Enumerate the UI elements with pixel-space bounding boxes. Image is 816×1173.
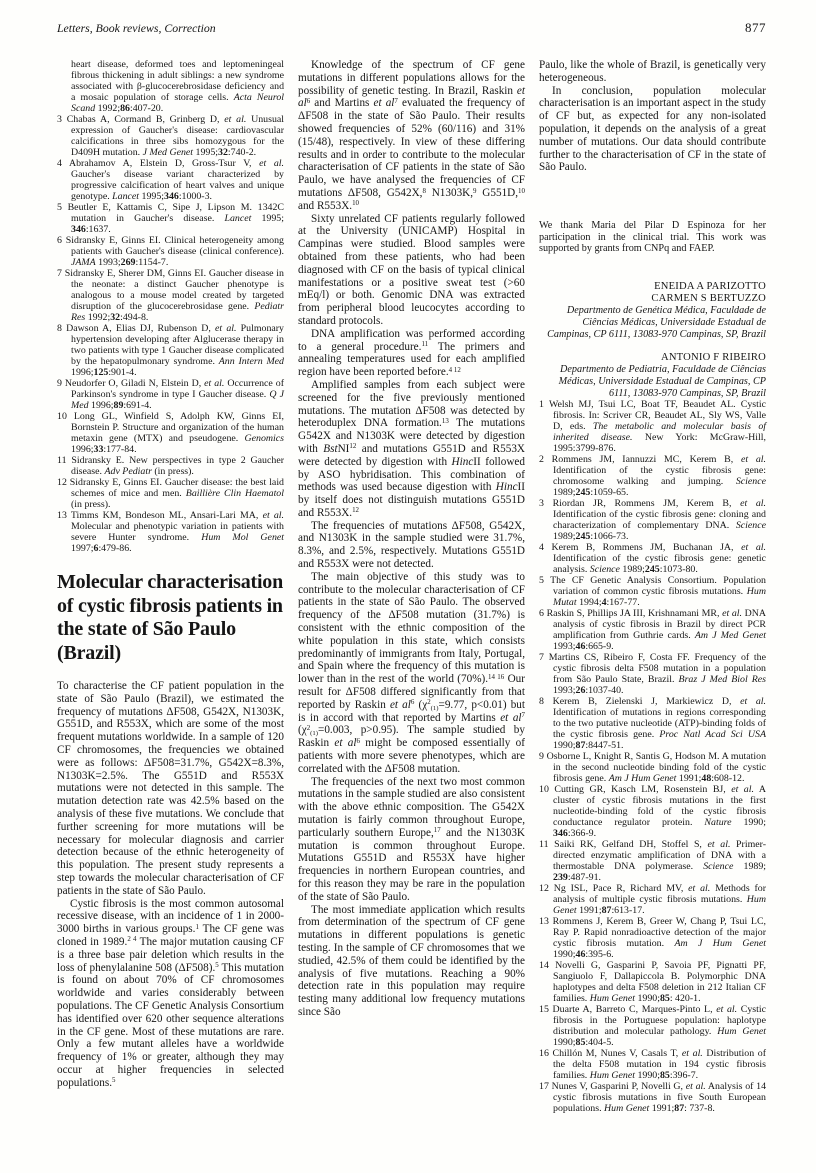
author-group: ANTONIO F RIBEIRO Departmento de Pediatr…	[539, 352, 766, 399]
reference-number: 16	[539, 1048, 549, 1059]
reference-number: 13	[57, 510, 67, 521]
reference-item: 11 Sidransky E. New perspectives in type…	[57, 455, 284, 477]
reference-text: Osborne L, Knight R, Santis G, Hodson M.…	[547, 751, 766, 784]
abstract: To characterise the CF patient populatio…	[57, 680, 284, 898]
reference-item: 11 Saiki RK, Gelfand DH, Stoffel S, et a…	[539, 839, 766, 883]
reference-number: 10	[57, 411, 67, 422]
paragraph: Knowledge of the spectrum of CF gene mut…	[298, 59, 525, 213]
reference-number: 2	[539, 454, 544, 465]
reference-item: 7 Sidransky E, Sherer DM, Ginns EI. Gauc…	[57, 268, 284, 323]
reference-text: Kerem B, Rommens JM, Buchanan JA, et al.…	[552, 542, 766, 575]
reference-item: 7 Martins CS, Ribeiro F, Costa FF. Frequ…	[539, 652, 766, 696]
reference-number: 13	[539, 916, 549, 927]
reference-number: 7	[539, 652, 544, 663]
reference-item: 5 Beutler E, Kattamis C, Sipe J, Lipson …	[57, 202, 284, 235]
reference-item: 6 Sidransky E, Ginns EI. Clinical hetero…	[57, 235, 284, 268]
paragraph: Amplified samples from each subject were…	[298, 379, 525, 520]
reference-item: 1 Welsh MJ, Tsui LC, Boat TF, Beaudet AL…	[539, 399, 766, 454]
paragraph: The frequencies of the next two most com…	[298, 776, 525, 904]
reference-item: 6 Raskin S, Phillips JA III, Krishnamani…	[539, 608, 766, 652]
three-column-layout: heart disease, deformed toes and leptome…	[57, 59, 766, 1114]
reference-number: 3	[539, 498, 544, 509]
reference-number: 11	[539, 839, 549, 850]
reference-item: 8 Dawson A, Elias DJ, Rubenson D, et al.…	[57, 323, 284, 378]
reference-number: 12	[539, 883, 549, 894]
reference-item: 15 Duarte A, Barreto C, Marques-Pinto L,…	[539, 1004, 766, 1048]
reference-item: 12 Ng ISL, Pace R, Richard MV, et al. Me…	[539, 883, 766, 916]
letter-body-left: Cystic fibrosis is the most common autos…	[57, 898, 284, 1090]
paragraph: Cystic fibrosis is the most common autos…	[57, 898, 284, 1090]
reference-number: 11	[57, 455, 67, 466]
reference-text: Sidransky E, Ginns EI. Clinical heteroge…	[66, 235, 284, 268]
author-groups: ENEIDA A PARIZOTTO CARMEN S BERTUZZO Dep…	[539, 281, 766, 399]
reference-text: Welsh MJ, Tsui LC, Boat TF, Beaudet AL. …	[549, 399, 766, 454]
reference-list-left: 3 Chabas A, Cormand B, Grinberg D, et al…	[57, 114, 284, 554]
journal-page: Letters, Book reviews, Correction 877 he…	[0, 0, 816, 1173]
author-affiliation: Departmento de Genética Médica, Faculdad…	[539, 305, 766, 340]
acknowledgement: We thank Maria del Pilar D Espinoza for …	[539, 220, 766, 255]
reference-number: 9	[539, 751, 544, 762]
reference-item: 9 Osborne L, Knight R, Santis G, Hodson …	[539, 751, 766, 784]
reference-text: Sidransky E, Ginns EI. Gaucher disease: …	[70, 477, 284, 510]
reference-text: Chabas A, Cormand B, Grinberg D, et al. …	[67, 114, 284, 158]
page-number: 877	[745, 20, 766, 36]
reference-number: 1	[539, 399, 544, 410]
reference-item: 10 Long GL, Winfield S, Adolph KW, Ginns…	[57, 411, 284, 455]
column-left: heart disease, deformed toes and leptome…	[57, 59, 284, 1114]
reference-text: Neudorfer O, Giladi N, Elstein D, et al.…	[65, 378, 284, 411]
reference-number: 15	[539, 1004, 549, 1015]
reference-number: 10	[539, 784, 549, 795]
reference-text: Duarte A, Barreto C, Marques-Pinto L, et…	[553, 1004, 766, 1048]
paragraph: DNA amplification was performed accordin…	[298, 328, 525, 379]
author-names: ANTONIO F RIBEIRO	[539, 352, 766, 364]
reference-number: 7	[57, 268, 62, 279]
reference-item: 17 Nunes V, Gasparini P, Novelli G, et a…	[539, 1081, 766, 1114]
reference-text: Sidransky E, Sherer DM, Ginns EI. Gauche…	[65, 268, 284, 323]
reference-item: 4 Kerem B, Rommens JM, Buchanan JA, et a…	[539, 542, 766, 575]
reference-number: 6	[57, 235, 62, 246]
reference-number: 6	[539, 608, 544, 619]
reference-number: 17	[539, 1081, 549, 1092]
paragraph: Sixty unrelated CF patients regularly fo…	[298, 213, 525, 328]
reference-number: 8	[57, 323, 62, 334]
reference-item: 8 Kerem B, Zielenski J, Markiewicz D, et…	[539, 696, 766, 751]
paragraph: The frequencies of mutations ΔF508, G542…	[298, 520, 525, 571]
reference-number: 3	[57, 114, 62, 125]
reference-number: 4	[539, 542, 544, 553]
reference-item: 4 Abrahamov A, Elstein D, Gross-Tsur V, …	[57, 158, 284, 202]
reference-item: 9 Neudorfer O, Giladi N, Elstein D, et a…	[57, 378, 284, 411]
reference-list-right: 1 Welsh MJ, Tsui LC, Boat TF, Beaudet AL…	[539, 399, 766, 1114]
reference-text: Abrahamov A, Elstein D, Gross-Tsur V, et…	[69, 158, 284, 202]
reference-text: Riordan JR, Rommens JM, Kerem B, et al. …	[553, 498, 766, 542]
reference-number: 5	[539, 575, 544, 586]
reference-item: 13 Rommens J, Kerem B, Greer W, Chang P,…	[539, 916, 766, 960]
reference-text: The CF Genetic Analysis Consortium. Popu…	[550, 575, 766, 608]
author-affiliation: Departmento de Pediatria, Faculdade de C…	[539, 364, 766, 399]
reference-number: 5	[57, 202, 62, 213]
column-middle: Knowledge of the spectrum of CF gene mut…	[298, 59, 525, 1114]
reference-text: Dawson A, Elias DJ, Rubenson D, et al. P…	[66, 323, 284, 378]
reference-number: 4	[57, 158, 62, 169]
letter-title: Molecular characterisation of cystic fib…	[57, 571, 284, 665]
reference-item: 2 Rommens JM, Iannuzzi MC, Kerem B, et a…	[539, 454, 766, 498]
reference-text: Long GL, Winfield S, Adolph KW, Ginns EI…	[71, 411, 284, 455]
reference-number: 9	[57, 378, 62, 389]
reference-text: Beutler E, Kattamis C, Sipe J, Lipson M.…	[68, 202, 284, 235]
reference-text: Rommens JM, Iannuzzi MC, Kerem B, et al.…	[552, 454, 766, 498]
letter-body-middle: Knowledge of the spectrum of CF gene mut…	[298, 59, 525, 1019]
reference-item: 3 Chabas A, Cormand B, Grinberg D, et al…	[57, 114, 284, 158]
reference-text: Martins CS, Ribeiro F, Costa FF. Frequen…	[549, 652, 766, 696]
reference-number: 12	[57, 477, 67, 488]
reference-item: 5 The CF Genetic Analysis Consortium. Po…	[539, 575, 766, 608]
reference-text: Sidransky E. New perspectives in type 2 …	[71, 455, 284, 477]
letter-body-right: In conclusion, population molecular char…	[539, 85, 766, 175]
reference-continuation: heart disease, deformed toes and leptome…	[57, 59, 284, 114]
reference-text: Novelli G, Gasparini P, Savoia PF, Pigna…	[553, 960, 766, 1004]
page-header: Letters, Book reviews, Correction 877	[57, 20, 766, 36]
reference-item: 10 Cutting GR, Kasch LM, Rosenstein BJ, …	[539, 784, 766, 839]
reference-item: 14 Novelli G, Gasparini P, Savoia PF, Pi…	[539, 960, 766, 1004]
running-head: Letters, Book reviews, Correction	[57, 21, 216, 36]
reference-text: Timms KM, Bondeson ML, Ansari-Lari MA, e…	[71, 510, 284, 554]
reference-item: 12 Sidransky E, Ginns EI. Gaucher diseas…	[57, 477, 284, 510]
paragraph: The main objective of this study was to …	[298, 571, 525, 776]
reference-text: Cutting GR, Kasch LM, Rosenstein BJ, et …	[553, 784, 766, 839]
column-right: Paulo, like the whole of Brazil, is gene…	[539, 59, 766, 1114]
reference-item: 3 Riordan JR, Rommens JM, Kerem B, et al…	[539, 498, 766, 542]
paragraph: In conclusion, population molecular char…	[539, 85, 766, 175]
reference-text: Ng ISL, Pace R, Richard MV, et al. Metho…	[553, 883, 766, 916]
reference-text: Rommens J, Kerem B, Greer W, Chang P, Ts…	[553, 916, 766, 960]
reference-text: Raskin S, Phillips JA III, Krishnamani M…	[547, 608, 766, 652]
reference-number: 8	[539, 696, 544, 707]
reference-text: Nunes V, Gasparini P, Novelli G, et al. …	[552, 1081, 766, 1114]
author-names: ENEIDA A PARIZOTTO CARMEN S BERTUZZO	[539, 281, 766, 305]
reference-text: Chillón M, Nunes V, Casals T, et al. Dis…	[553, 1048, 767, 1081]
reference-item: 16 Chillón M, Nunes V, Casals T, et al. …	[539, 1048, 766, 1081]
reference-number: 14	[539, 960, 549, 971]
reference-item: 13 Timms KM, Bondeson ML, Ansari-Lari MA…	[57, 510, 284, 554]
author-group: ENEIDA A PARIZOTTO CARMEN S BERTUZZO Dep…	[539, 281, 766, 340]
reference-text: Saiki RK, Gelfand DH, Stoffel S, et al. …	[553, 839, 766, 883]
reference-text: Kerem B, Zielenski J, Markiewicz D, et a…	[553, 696, 766, 751]
paragraph: The most immediate application which res…	[298, 904, 525, 1019]
paragraph-continuation: Paulo, like the whole of Brazil, is gene…	[539, 59, 766, 85]
